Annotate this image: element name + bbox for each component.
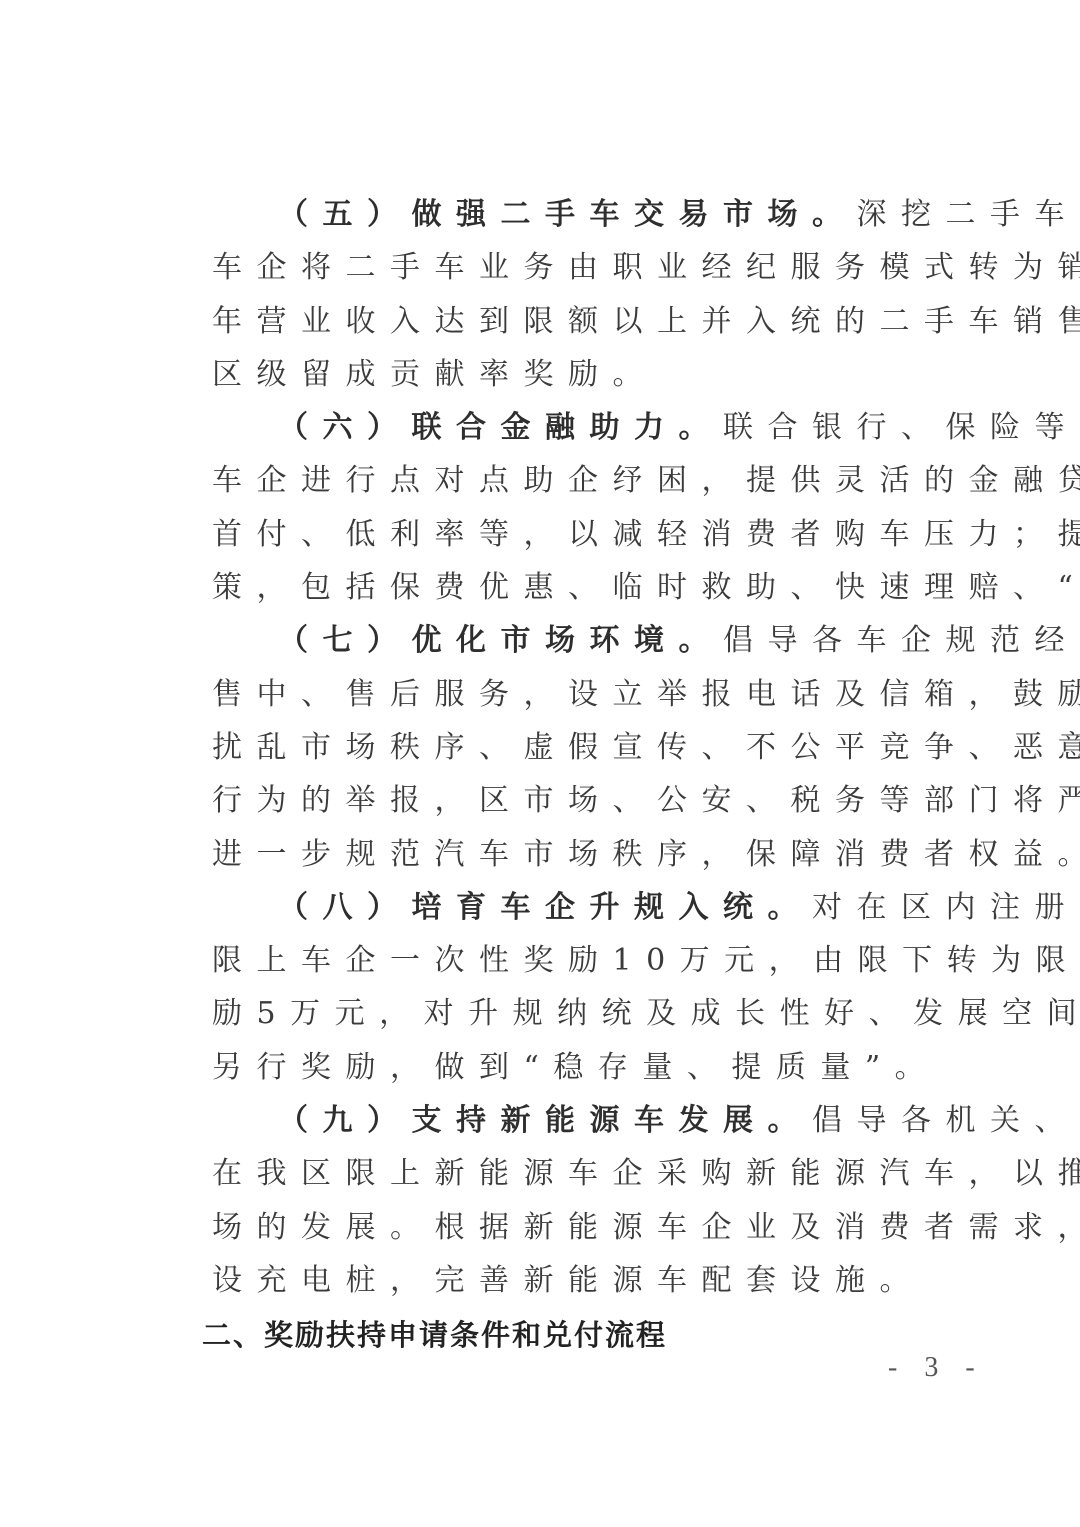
section-eight-line-3: 励5万元，对升规纳统及成长性好、发展空间大的限上龙头车企 xyxy=(148,987,968,1040)
section-seven: （七）优化市场环境。倡导各车企规范经营，完善售前、 售中、售后服务，设立举报电话… xyxy=(148,614,968,880)
section-eight-line-2: 限上车企一次性奖励10万元，由限下转为限上的车企一次性奖 xyxy=(148,934,968,987)
section-six-line-1: （六）联合金融助力。联合银行、保险等金融机构对区内 xyxy=(148,401,968,454)
section-seven-line-3: 扰乱市场秩序、虚假宣传、不公平竞争、恶意抢占市场等违法 xyxy=(148,721,968,774)
section-five-title: 做强二手车交易市场。 xyxy=(412,197,857,232)
section-five: （五）做强二手车交易市场。深挖二手车消费潜力，鼓励 车企将二手车业务由职业经纪服… xyxy=(148,188,968,401)
section-nine-text: 倡导各机关、企事业单位优先 xyxy=(812,1103,1080,1138)
section-five-text: 深挖二手车消费潜力，鼓励 xyxy=(857,197,1080,232)
section-eight-title: 培育车企升规入统。 xyxy=(412,890,813,925)
section-six: （六）联合金融助力。联合银行、保险等金融机构对区内 车企进行点对点助企纾困，提供… xyxy=(148,401,968,614)
section-seven-title: 优化市场环境。 xyxy=(412,623,724,658)
section-six-line-2: 车企进行点对点助企纾困，提供灵活的金融贷款方案，包括零 xyxy=(148,454,968,507)
section-nine-line-1: （九）支持新能源车发展。倡导各机关、企事业单位优先 xyxy=(148,1094,968,1147)
section-five-line-1: （五）做强二手车交易市场。深挖二手车消费潜力，鼓励 xyxy=(148,188,968,241)
section-five-line-3: 年营业收入达到限额以上并入统的二手车销售企业给予一次性 xyxy=(148,295,968,348)
section-heading-two: 二、奖励扶持申请条件和兑付流程 xyxy=(148,1309,968,1362)
document-body: （五）做强二手车交易市场。深挖二手车消费潜力，鼓励 车企将二手车业务由职业经纪服… xyxy=(148,188,968,1362)
section-seven-line-2: 售中、售后服务，设立举报电话及信箱，鼓励对以非正常价格 xyxy=(148,668,968,721)
section-seven-line-4: 行为的举报，区市场、公安、税务等部门将严格开展执法行动， xyxy=(148,774,968,827)
page-number: - 3 - xyxy=(888,1352,985,1384)
section-eight-line-1: （八）培育车企升规入统。对在区内注册新开业投产入统 xyxy=(148,881,968,934)
section-nine-title: 支持新能源车发展。 xyxy=(412,1103,813,1138)
section-seven-line-1: （七）优化市场环境。倡导各车企规范经营，完善售前、 xyxy=(148,614,968,667)
section-five-line-2: 车企将二手车业务由职业经纪服务模式转为销售经营模式，对 xyxy=(148,241,968,294)
section-eight: （八）培育车企升规入统。对在区内注册新开业投产入统 限上车企一次性奖励10万元，… xyxy=(148,881,968,1094)
section-eight-line-4: 另行奖励，做到“稳存量、提质量”。 xyxy=(148,1041,968,1094)
section-six-text: 联合银行、保险等金融机构对区内 xyxy=(723,410,1080,445)
section-six-label: （六） xyxy=(278,410,412,445)
section-eight-label: （八） xyxy=(278,890,412,925)
section-seven-line-5: 进一步规范汽车市场秩序，保障消费者权益。 xyxy=(148,828,968,881)
section-six-line-3: 首付、低利率等，以减轻消费者购车压力；提供优惠的保险政 xyxy=(148,508,968,561)
section-nine-line-2: 在我区限上新能源车企采购新能源汽车，以推动新能源汽车市 xyxy=(148,1147,968,1200)
document-page: （五）做强二手车交易市场。深挖二手车消费潜力，鼓励 车企将二手车业务由职业经纪服… xyxy=(0,0,1080,1527)
section-nine-line-4: 设充电桩，完善新能源车配套设施。 xyxy=(148,1254,968,1307)
section-nine: （九）支持新能源车发展。倡导各机关、企事业单位优先 在我区限上新能源车企采购新能… xyxy=(148,1094,968,1307)
section-eight-text: 对在区内注册新开业投产入统 xyxy=(812,890,1080,925)
section-nine-label: （九） xyxy=(278,1103,412,1138)
section-seven-text: 倡导各车企规范经营，完善售前、 xyxy=(723,623,1080,658)
section-five-line-4: 区级留成贡献率奖励。 xyxy=(148,348,968,401)
section-seven-label: （七） xyxy=(278,623,412,658)
section-six-line-4: 策，包括保费优惠、临时救助、快速理赔、“代位求偿”等。 xyxy=(148,561,968,614)
section-five-label: （五） xyxy=(278,197,412,232)
section-nine-line-3: 场的发展。根据新能源车企业及消费者需求，规划场地增加建 xyxy=(148,1201,968,1254)
section-six-title: 联合金融助力。 xyxy=(412,410,724,445)
